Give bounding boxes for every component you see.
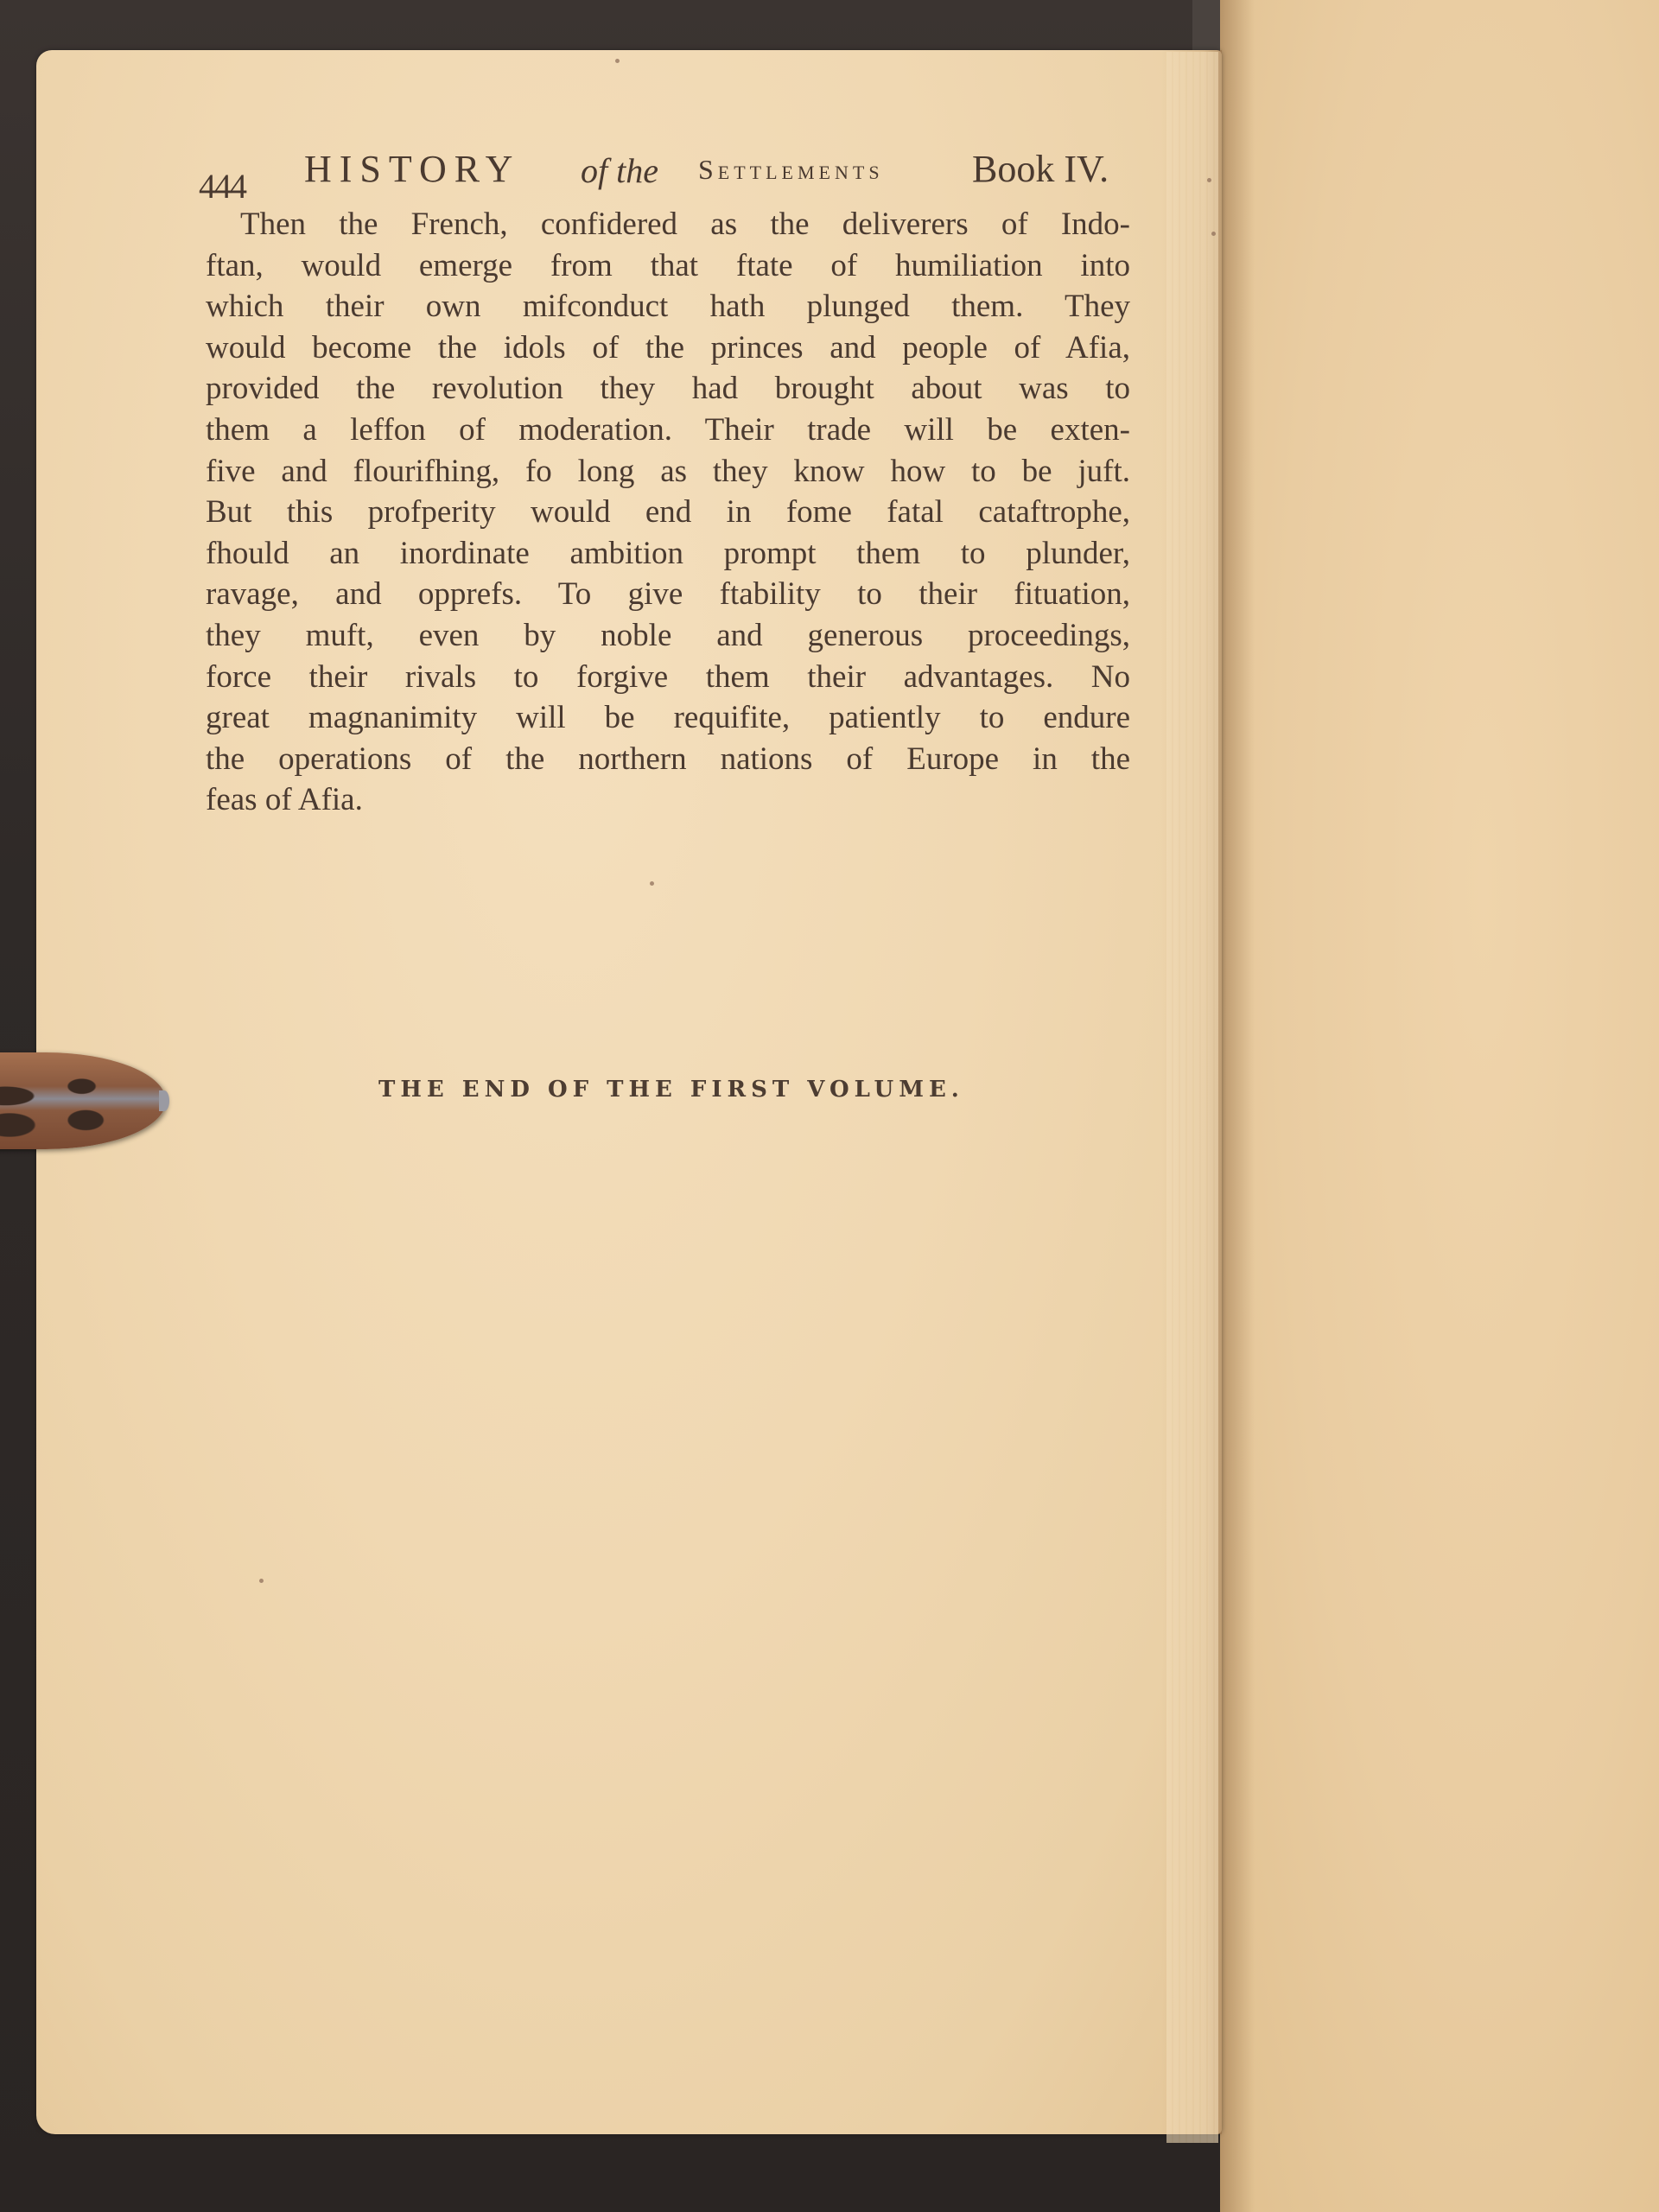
text-line: great magnanimity will be requifite, pat… [206, 697, 1130, 739]
paper-speck [650, 881, 654, 886]
end-of-volume-notice: THE END OF THE FIRST VOLUME. [378, 1077, 964, 1103]
paper-speck [259, 1579, 264, 1583]
paper-speck [615, 59, 620, 63]
text-line: would become the idols of the princes an… [206, 327, 1130, 369]
text-line: ravage, and opprefs. To give ftability t… [206, 574, 1130, 615]
text-line: provided the revolution they had brought… [206, 368, 1130, 410]
running-title-settlements: Settlements [698, 154, 884, 186]
body-paragraph: Then the French, confidered as the deliv… [206, 204, 1130, 821]
running-title-of-the: of the [581, 150, 658, 191]
running-title-book: Book IV. [972, 147, 1109, 191]
running-head: 444 HISTORY of the Settlements Book IV. [199, 140, 1136, 200]
page-edges [1166, 52, 1218, 2143]
text-line: feas of Afia. [206, 779, 1130, 821]
text-line: Then the French, confidered as the deliv… [206, 204, 1130, 245]
text-line: fhould an inordinate ambition prompt the… [206, 533, 1130, 575]
text-line: But this profperity would end in fome fa… [206, 492, 1130, 533]
text-line: which their own mifconduct hath plunged … [206, 286, 1130, 327]
book-photo-scene: 444 HISTORY of the Settlements Book IV. … [0, 0, 1659, 2212]
paper-speck [1207, 178, 1211, 182]
page-number: 444 [199, 166, 245, 207]
running-title-history: HISTORY [304, 147, 520, 191]
paper-speck [1211, 232, 1216, 236]
right-page-blank [1220, 0, 1659, 2212]
text-line: five and flourifhing, fo long as they kn… [206, 451, 1130, 493]
text-line: ftan, would emerge from that ftate of hu… [206, 245, 1130, 287]
text-line: they muft, even by noble and generous pr… [206, 615, 1130, 657]
pen-tip [159, 1090, 169, 1111]
text-line: them a leffon of moderation. Their trade… [206, 410, 1130, 451]
text-line: force their rivals to forgive them their… [206, 657, 1130, 698]
text-line: the operations of the northern nations o… [206, 739, 1130, 780]
